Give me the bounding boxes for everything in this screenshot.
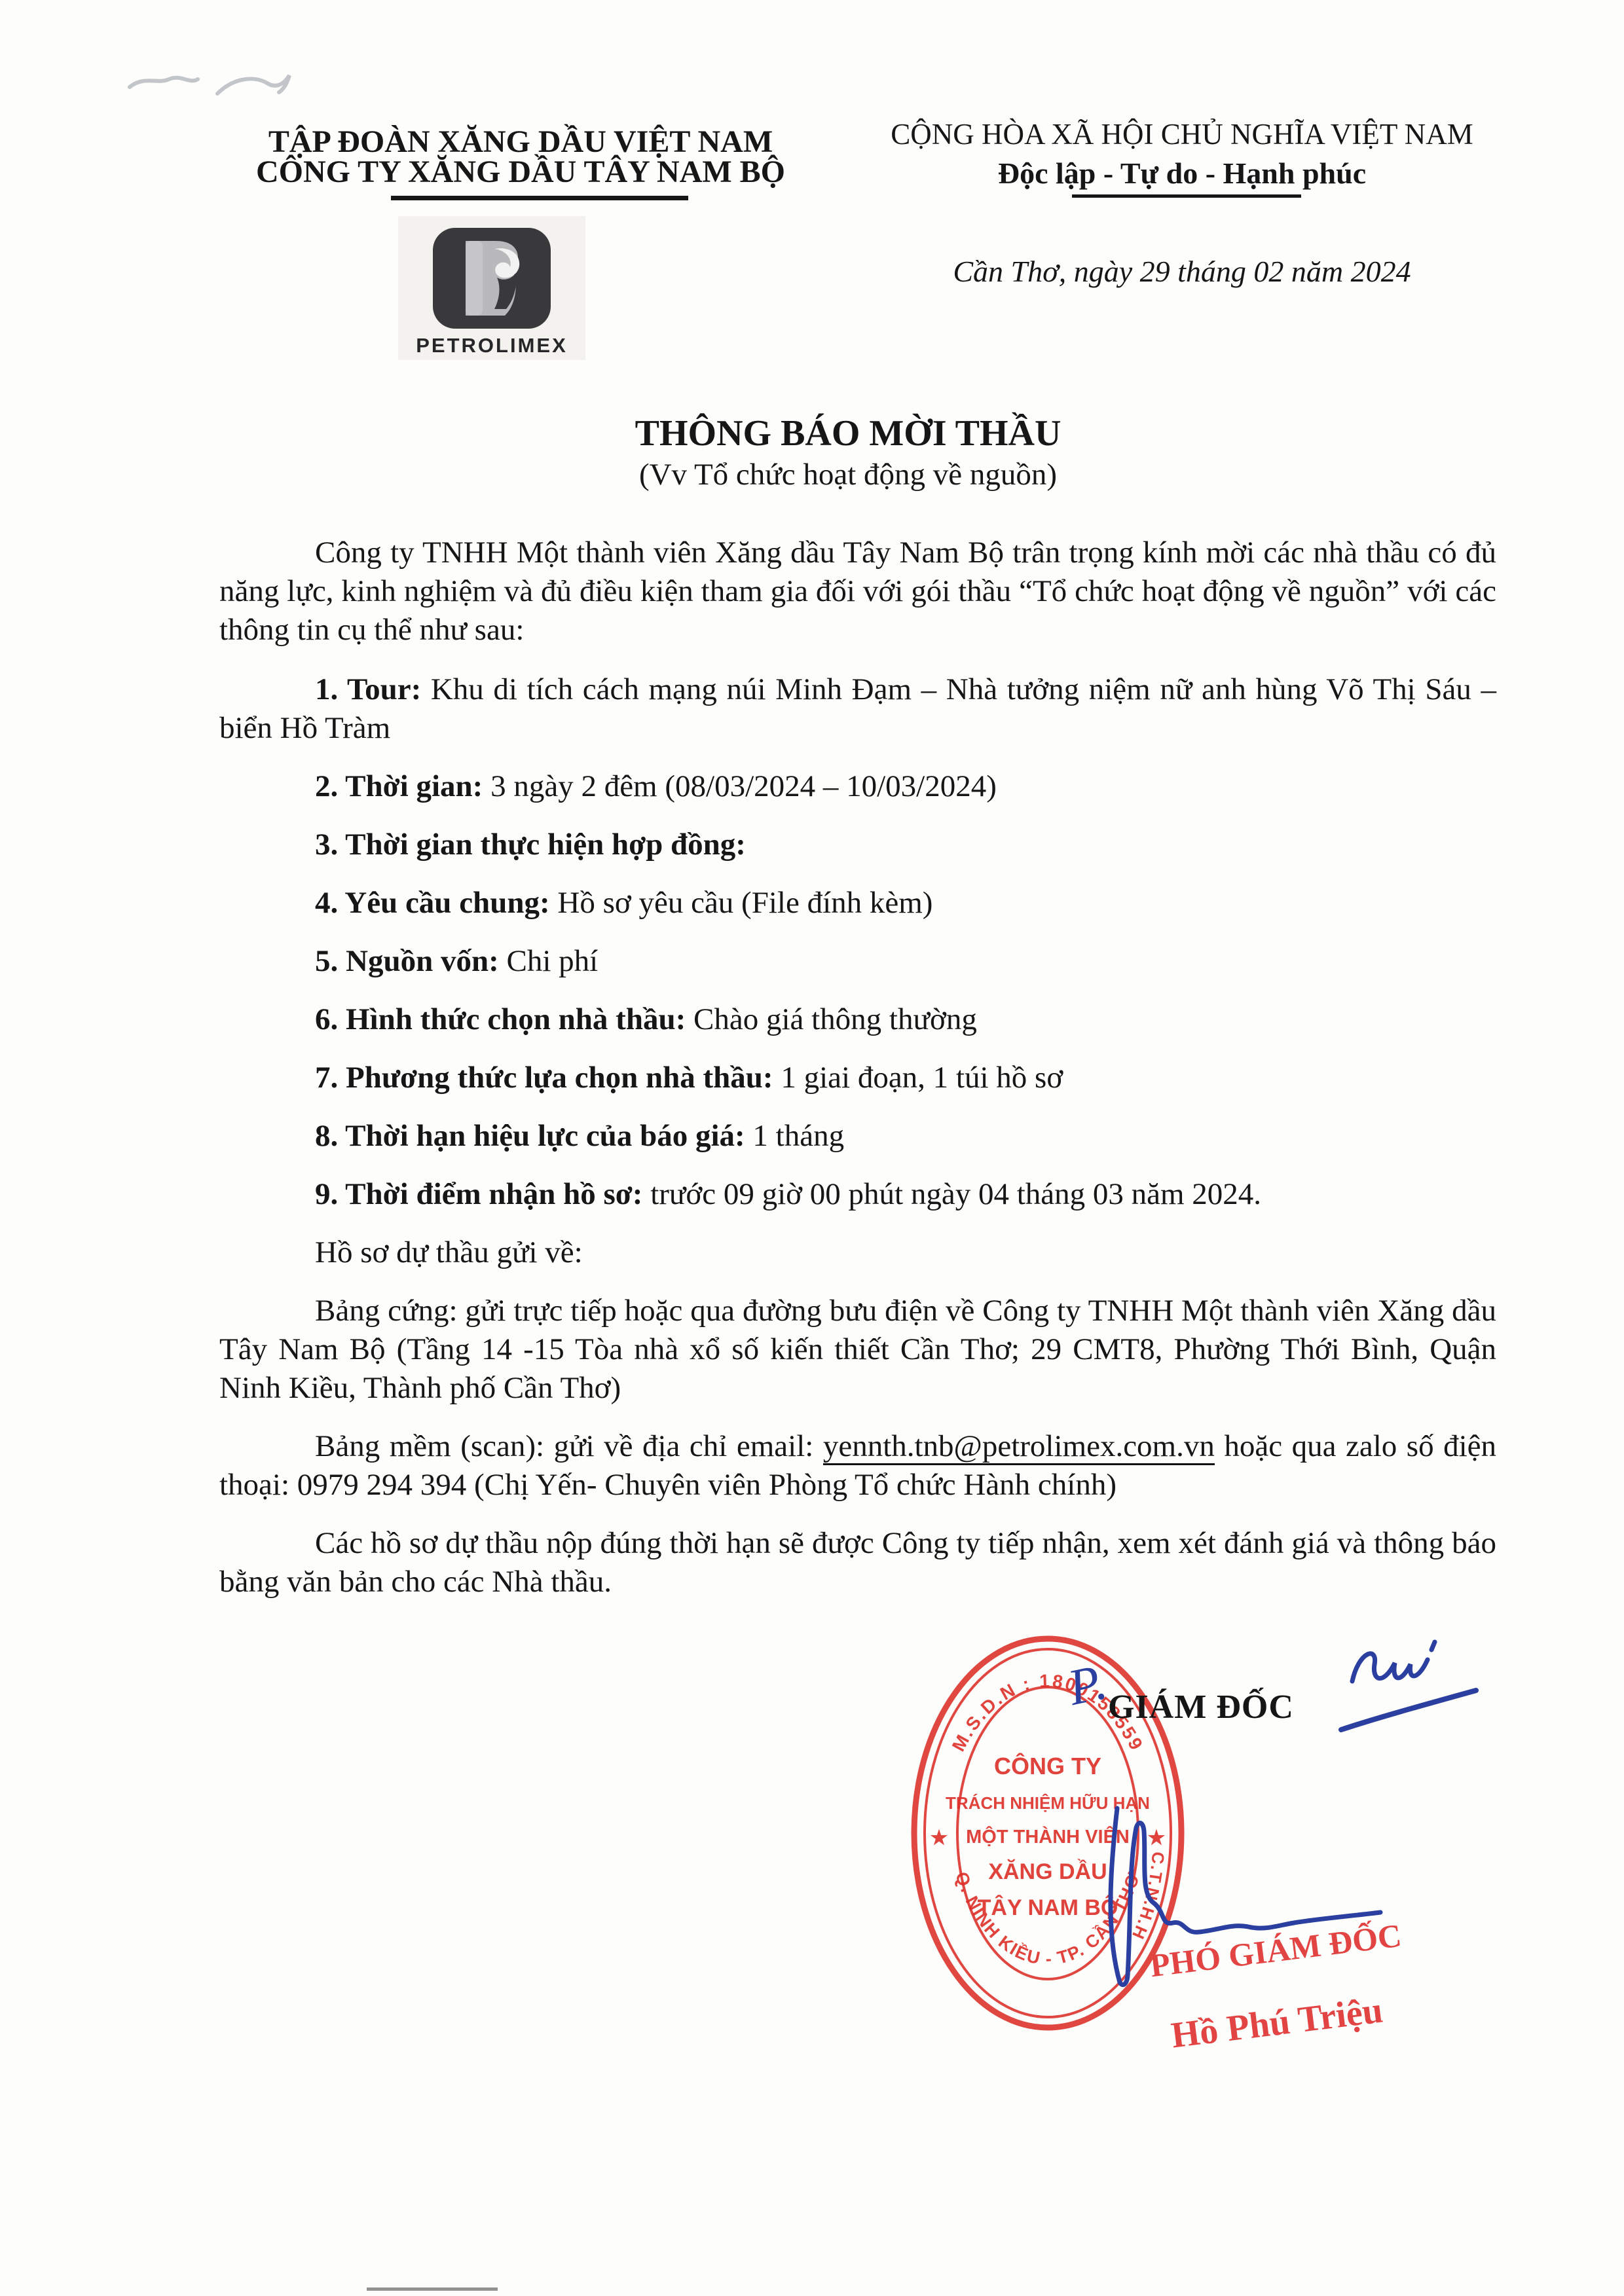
national-title: CỘNG HÒA XÃ HỘI CHỦ NGHĨA VIỆT NAM — [871, 118, 1493, 151]
approver-title: GIÁM ĐỐC — [1108, 1688, 1331, 1726]
contact-email: yennth.tnb@petrolimex.com.vn — [823, 1429, 1215, 1465]
item-value: Chào giá thông thường — [693, 1002, 977, 1036]
item-value: trước 09 giờ 00 phút ngày 04 tháng 03 nă… — [650, 1177, 1261, 1211]
intro-paragraph: Công ty TNHH Một thành viên Xăng dầu Tây… — [219, 534, 1496, 649]
list-item: 5. Nguồn vốn:Chi phí — [219, 942, 1496, 981]
item-label: 5. Nguồn vốn: — [315, 944, 507, 978]
item-label: 8. Thời hạn hiệu lực của báo giá: — [315, 1119, 752, 1153]
list-item: 7. Phương thức lựa chọn nhà thầu:1 giai … — [219, 1059, 1496, 1097]
item-value: 1 tháng — [752, 1119, 844, 1153]
item-value: 3 ngày 2 đêm (08/03/2024 – 10/03/2024) — [490, 769, 997, 803]
list-item: 1. Tour:Khu di tích cách mạng núi Minh Đ… — [219, 670, 1496, 748]
item-value: Hồ sơ yêu cầu (File đính kèm) — [557, 886, 932, 920]
item-label: 1. Tour: — [315, 672, 431, 706]
closing-paragraph: Các hồ sơ dự thầu nộp đúng thời hạn sẽ đ… — [219, 1524, 1496, 1601]
scan-artifact-line — [367, 2287, 498, 2291]
submission-intro: Hồ sơ dự thầu gửi về: — [219, 1233, 1496, 1272]
submission-soft-copy: Bảng mềm (scan): gửi về địa chỉ email: y… — [219, 1427, 1496, 1504]
item-label: 7. Phương thức lựa chọn nhà thầu: — [315, 1061, 781, 1095]
issuer-underline — [391, 196, 688, 200]
item-value: 1 giai đoạn, 1 túi hồ sơ — [781, 1061, 1063, 1095]
place-date-line: Cần Thơ, ngày 29 tháng 02 năm 2024 — [871, 254, 1493, 289]
handwritten-signature — [1067, 1768, 1395, 2003]
list-item: 8. Thời hạn hiệu lực của báo giá:1 tháng — [219, 1117, 1496, 1156]
pencil-scribble — [118, 56, 341, 121]
stamp-star-left-icon: ★ — [931, 1827, 948, 1849]
scanned-tender-notice-page: TẬP ĐOÀN XĂNG DẦU VIỆT NAM CÔNG TY XĂNG … — [0, 0, 1624, 2296]
item-label: 4. Yêu cầu chung: — [315, 886, 557, 920]
motto-underline — [1072, 194, 1301, 198]
item-label: 3. Thời gian thực hiện hợp đồng: — [315, 828, 746, 862]
soft-copy-prefix: Bảng mềm (scan): gửi về địa chỉ email: — [315, 1429, 823, 1463]
item-label: 6. Hình thức chọn nhà thầu: — [315, 1002, 693, 1036]
item-label: 2. Thời gian: — [315, 769, 490, 803]
petrolimex-logo-icon — [432, 227, 552, 330]
issuer-company-name: CÔNG TY XĂNG DẦU TÂY NAM BỘ — [249, 155, 792, 190]
item-label: 9. Thời điểm nhận hồ sơ: — [315, 1177, 650, 1211]
handwritten-note — [1336, 1624, 1486, 1741]
petrolimex-logo: PETROLIMEX — [398, 216, 585, 360]
document-title: THÔNG BÁO MỜI THẦU — [609, 412, 1087, 454]
national-motto: Độc lập - Tự do - Hạnh phúc — [871, 157, 1493, 190]
list-item: 2. Thời gian:3 ngày 2 đêm (08/03/2024 – … — [219, 767, 1496, 806]
list-item: 3. Thời gian thực hiện hợp đồng: — [219, 826, 1496, 864]
list-item: 9. Thời điểm nhận hồ sơ:trước 09 giờ 00 … — [219, 1175, 1496, 1214]
petrolimex-brand-text: PETROLIMEX — [416, 334, 568, 357]
submission-hard-copy: Bảng cứng: gửi trực tiếp hoặc qua đường … — [219, 1292, 1496, 1408]
document-body: Công ty TNHH Một thành viên Xăng dầu Tây… — [219, 534, 1496, 1621]
list-item: 4. Yêu cầu chung:Hồ sơ yêu cầu (File đín… — [219, 884, 1496, 922]
item-value: Chi phí — [507, 944, 599, 978]
list-item: 6. Hình thức chọn nhà thầu:Chào giá thôn… — [219, 1000, 1496, 1039]
document-subtitle: (Vv Tổ chức hoạt động về nguồn) — [609, 457, 1087, 492]
